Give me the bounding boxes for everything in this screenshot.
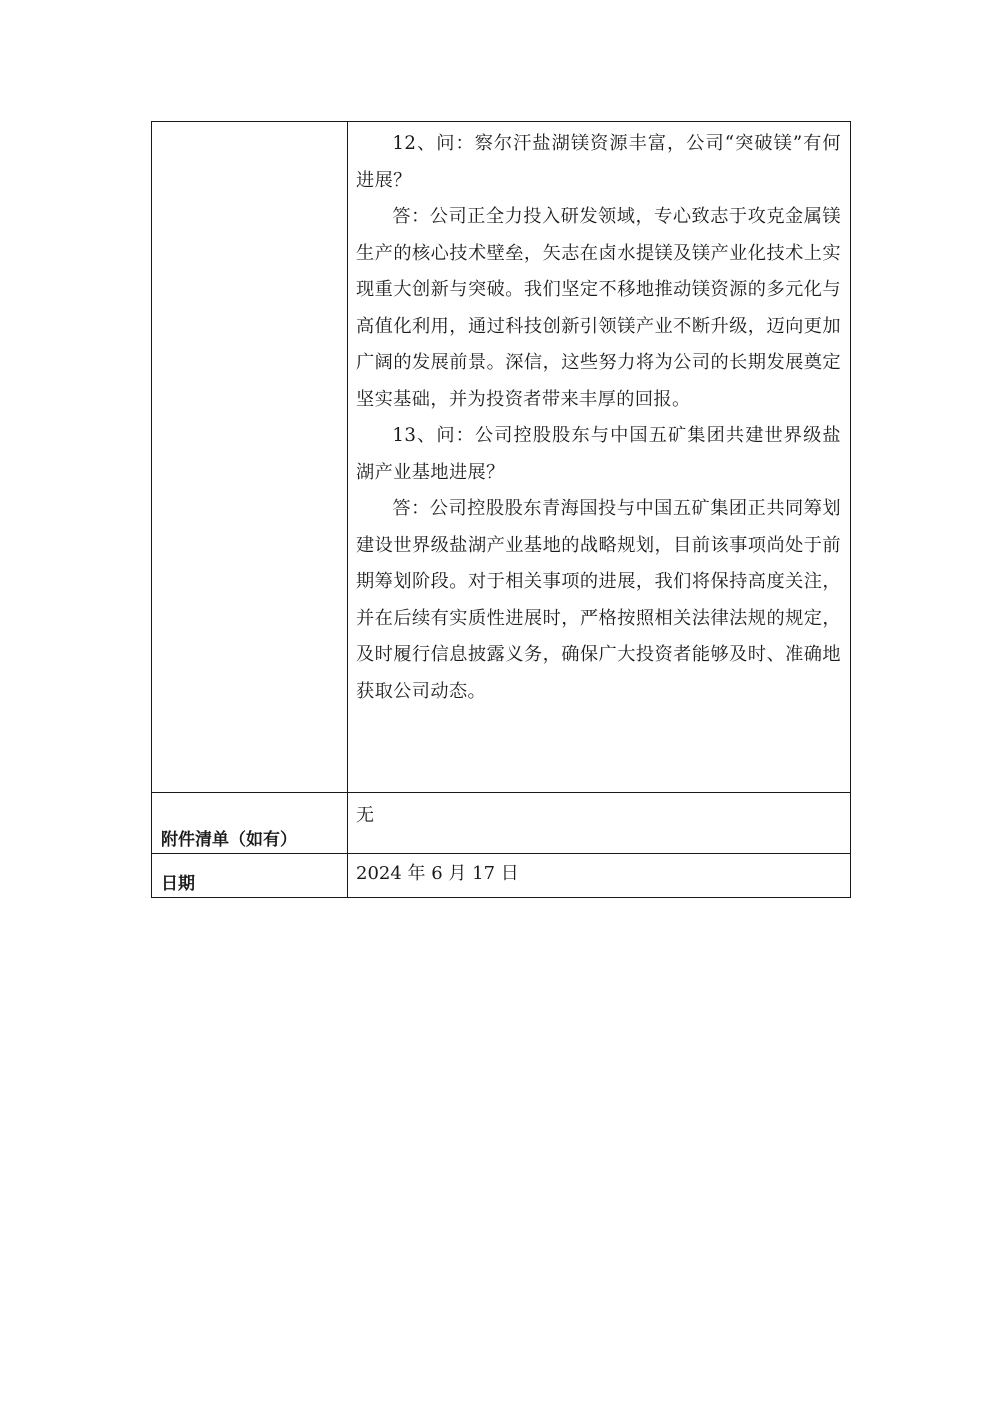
answer-13: 答：公司控股股东青海国投与中国五矿集团正共同筹划建设世界级盐湖产业基地的战略规划… [356,491,841,710]
date-value: 2024 年 6 月 17 日 [348,854,851,898]
document-page: 12、问：察尔汗盐湖镁资源丰富，公司“突破镁”有何进展？ 答：公司正全力投入研发… [0,0,1000,1414]
investor-relations-table: 12、问：察尔汗盐湖镁资源丰富，公司“突破镁”有何进展？ 答：公司正全力投入研发… [151,121,851,898]
date-label: 日期 [152,854,348,898]
qa-row: 12、问：察尔汗盐湖镁资源丰富，公司“突破镁”有何进展？ 答：公司正全力投入研发… [152,122,851,793]
date-row: 日期 2024 年 6 月 17 日 [152,854,851,898]
answer-12: 答：公司正全力投入研发领域，专心致志于攻克金属镁生产的核心技术壁垒，矢志在卤水提… [356,199,841,418]
qa-label-cell [152,122,348,793]
question-12: 12、问：察尔汗盐湖镁资源丰富，公司“突破镁”有何进展？ [356,126,841,199]
attachments-label: 附件清单（如有） [152,793,348,854]
qa-content-cell: 12、问：察尔汗盐湖镁资源丰富，公司“突破镁”有何进展？ 答：公司正全力投入研发… [348,122,851,793]
attachments-value: 无 [348,793,851,854]
question-13: 13、问：公司控股股东与中国五矿集团共建世界级盐湖产业基地进展？ [356,418,841,491]
attachments-row: 附件清单（如有） 无 [152,793,851,854]
